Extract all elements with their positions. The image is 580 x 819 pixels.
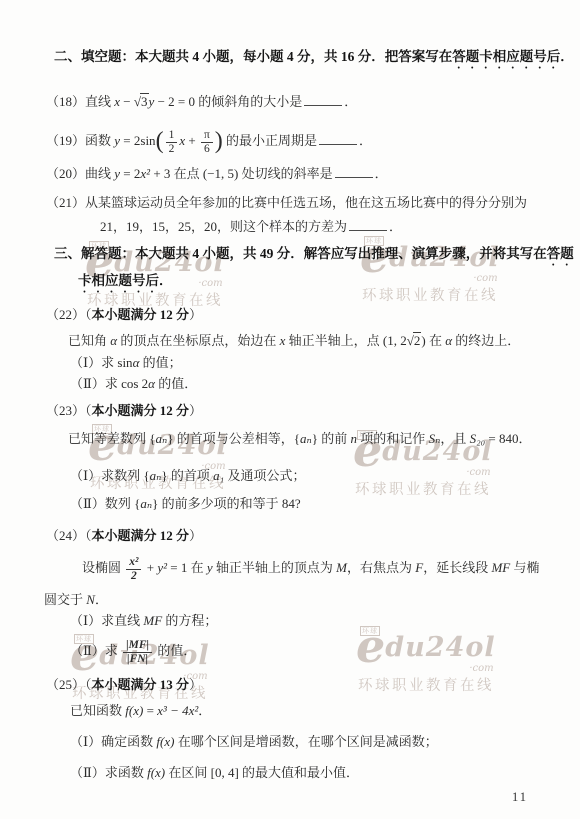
page-number: 11 xyxy=(512,790,528,805)
text-run: } 的首项 xyxy=(161,468,213,483)
text-run: （Ⅱ）求 cos 2 xyxy=(70,376,148,391)
radicand: 3 xyxy=(140,93,149,109)
text-run: ，右焦点为 xyxy=(347,560,415,575)
text-run: 的终边上． xyxy=(452,333,520,348)
text-run: （24）（ xyxy=(46,528,92,543)
text-run: ． xyxy=(389,219,402,234)
line-q23-ii: （Ⅱ）数列 {aₙ} 的前多少项的和等于 84? xyxy=(70,495,554,513)
line-q25-head: （25）（本小题满分 13 分） xyxy=(46,676,554,694)
text-run: ． xyxy=(198,703,211,718)
answer-blank xyxy=(304,93,342,106)
text-run: （21）从某篮球运动员全年参加的比赛中任选五场，他在这五场比赛中的得分分别为 xyxy=(46,195,527,210)
text-run: ． xyxy=(359,133,372,148)
text-run: ． xyxy=(560,49,574,64)
text-run: f(x) xyxy=(125,703,143,718)
line-sec3-1: 三、解答题：本大题共 4 小题，共 49 分．解答应写出推理、演算步骤，并将其写… xyxy=(54,245,554,269)
text-run: f(x) xyxy=(156,734,174,749)
text-run: 本小题满分 13 分 xyxy=(92,677,190,692)
text-run: x³ − 4x² xyxy=(157,703,198,718)
exam-page: 环球 edu24ol ·com 环球职业教育在线 环球 edu24ol ·com… xyxy=(0,0,580,819)
text-run: 在区间 [0, 4] 的最大值和最小值． xyxy=(165,765,359,780)
fraction-denominator: |FN| xyxy=(123,652,152,666)
text-run: （Ⅰ）求数列 { xyxy=(70,468,150,483)
text-run: 21，19，15，25，20，则这个样本的方差为 xyxy=(100,219,347,234)
text-run: 二、填空题：本大题共 4 小题，每小题 4 分，共 16 分．把答案写在 xyxy=(54,49,452,64)
text-run: ． xyxy=(159,273,173,288)
text-run: α xyxy=(148,376,155,391)
text-run: M xyxy=(336,560,347,575)
text-run: } 的前多少项的和等于 84? xyxy=(152,496,301,511)
answer-blank xyxy=(335,165,373,178)
line-q23-body: 已知等差数列 {aₙ} 的首项与公差相等，{aₙ} 的前 n 项的和记作 Sₙ，… xyxy=(68,430,554,448)
text-run: 卡相应题号后 xyxy=(78,273,159,288)
fraction-denominator: 6 xyxy=(201,142,213,156)
text-run: a₁ xyxy=(213,468,224,483)
text-run: 本小题满分 12 分 xyxy=(92,307,190,322)
text-run: 已知等差数列 { xyxy=(68,431,156,446)
text-run: ，延长线段 xyxy=(423,560,491,575)
fraction-numerator: 1 xyxy=(166,129,178,142)
text-run: ） xyxy=(189,528,202,543)
text-run: 已知角 xyxy=(68,333,110,348)
text-run: S₂₀ xyxy=(470,431,486,446)
fraction: π6 xyxy=(201,129,213,156)
line-q23-i: （Ⅰ）求数列 {aₙ} 的首项 a₁ 及通项公式； xyxy=(70,467,554,485)
text-run: 的值； xyxy=(139,355,181,370)
line-q21-1: （21）从某篮球运动员全年参加的比赛中任选五场，他在这五场比赛中的得分分别为 xyxy=(46,194,554,212)
line-q24-i: （Ⅰ）求直线 MF 的方程； xyxy=(70,612,554,630)
line-q23-head: （23）（本小题满分 12 分） xyxy=(46,402,554,420)
text-run: （23）（ xyxy=(46,403,92,418)
text-run: aₙ xyxy=(300,431,312,446)
fraction: |MF||FN| xyxy=(123,639,152,666)
text-run: 的方程； xyxy=(162,613,217,628)
text-run: MF xyxy=(143,613,162,628)
text-run: y² xyxy=(157,560,167,575)
fraction: 12 xyxy=(166,129,178,156)
text-run: x² xyxy=(140,166,150,181)
text-run: （Ⅰ）求 sin xyxy=(70,355,133,370)
line-q25-body: 已知函数 f(x) = x³ − 4x²． xyxy=(70,702,554,720)
text-run: 的值． xyxy=(154,643,196,658)
text-run: 已知函数 xyxy=(70,703,125,718)
text-run: f(x) xyxy=(147,765,165,780)
text-run: − xyxy=(120,94,134,109)
text-run: 轴正半轴上的顶点为 xyxy=(213,560,337,575)
text-run: ） xyxy=(189,307,202,322)
text-run: ） xyxy=(189,403,202,418)
text-run: N xyxy=(86,592,95,607)
text-run: MF xyxy=(491,560,510,575)
line-q22-head: （22）（本小题满分 12 分） xyxy=(46,306,554,324)
text-run: ) 在 xyxy=(421,333,445,348)
text-run: 答题卡相应题号后 xyxy=(452,49,560,64)
radical-sign: √ xyxy=(407,333,413,348)
fraction-denominator: 2 xyxy=(166,142,178,156)
text-run: （20）曲线 xyxy=(46,166,114,181)
line-q25-i: （Ⅰ）确定函数 f(x) 在哪个区间是增函数，在哪个区间是减函数； xyxy=(70,733,554,751)
text-run: aₙ xyxy=(156,431,168,446)
text-run: 与椭 xyxy=(510,560,539,575)
text-run: + 3 在点 (−1, 5) 处切线的斜率是 xyxy=(150,166,333,181)
line-q22-i: （Ⅰ）求 sinα 的值； xyxy=(70,354,554,372)
text-run: ． xyxy=(95,592,108,607)
text-run: （Ⅰ）确定函数 xyxy=(70,734,156,749)
line-q19: （19）函数 y = 2sin(12x + π6) 的最小正周期是． xyxy=(46,124,554,158)
text-run: （Ⅰ）求直线 xyxy=(70,613,143,628)
text-run: ． xyxy=(375,166,388,181)
text-run: 圆交于 xyxy=(44,592,86,607)
text-run: 答题 xyxy=(547,246,574,261)
document-body: 二、填空题：本大题共 4 小题，每小题 4 分，共 16 分．把答案写在答题卡相… xyxy=(0,0,580,782)
text-run: （Ⅱ）求 xyxy=(70,643,121,658)
line-q22-body: 已知角 α 的顶点在坐标原点，始边在 x 轴正半轴上，点 (1, 2√2) 在 … xyxy=(68,332,554,350)
text-run: 本小题满分 12 分 xyxy=(92,528,190,543)
line-q24-ii: （Ⅱ）求 |MF||FN| 的值． xyxy=(70,634,554,668)
text-run: （25）（ xyxy=(46,677,92,692)
fraction-numerator: π xyxy=(201,129,213,142)
text-run: 在哪个区间是增函数，在哪个区间是减函数； xyxy=(174,734,437,749)
line-q25-ii: （Ⅱ）求函数 f(x) 在区间 [0, 4] 的最大值和最小值． xyxy=(70,764,554,782)
text-run: （19）函数 xyxy=(46,133,114,148)
fraction-numerator: |MF| xyxy=(123,639,152,652)
text-run: （22）（ xyxy=(46,307,92,322)
text-run: aₙ xyxy=(140,496,152,511)
text-run: ，且 xyxy=(440,431,469,446)
text-run: （Ⅱ）求函数 xyxy=(70,765,147,780)
text-run: + xyxy=(185,133,199,148)
text-run: 的顶点在坐标原点，始边在 xyxy=(117,333,280,348)
line-sec3-2: 卡相应题号后． xyxy=(78,272,554,296)
line-q20: （20）曲线 y = 2x² + 3 在点 (−1, 5) 处切线的斜率是． xyxy=(46,165,554,183)
text-run: 三、解答题：本大题共 4 小题，共 49 分．解答应写出推理、演算步骤，并将其写… xyxy=(54,246,547,261)
text-run: （18）直线 xyxy=(46,94,114,109)
fraction-numerator: x² xyxy=(126,556,141,569)
text-run: （Ⅱ）数列 { xyxy=(70,496,140,511)
answer-blank xyxy=(349,218,387,231)
text-run: = 2sin xyxy=(120,133,156,148)
radical: √2 xyxy=(407,332,422,348)
line-q22-ii: （Ⅱ）求 cos 2α 的值． xyxy=(70,375,554,393)
line-q24-body-1: 设椭圆 x²2 + y² = 1 在 y 轴正半轴上的顶点为 M，右焦点为 F，… xyxy=(82,551,554,585)
text-run: Sₙ xyxy=(429,431,441,446)
line-q24-head: （24）（本小题满分 12 分） xyxy=(46,527,554,545)
text-run: = xyxy=(143,703,157,718)
text-run: 的值． xyxy=(155,376,197,391)
text-run: = 2 xyxy=(120,166,140,181)
text-run: 项的和记作 xyxy=(357,431,429,446)
text-run: = 840． xyxy=(485,431,531,446)
text-run: = 1 在 xyxy=(167,560,207,575)
text-run: 本小题满分 12 分 xyxy=(92,403,190,418)
text-run: F xyxy=(415,560,423,575)
text-run: aₙ xyxy=(150,468,162,483)
answer-blank xyxy=(319,132,357,145)
radical: √3 xyxy=(134,93,149,109)
text-run: 及通项公式； xyxy=(224,468,305,483)
fraction: x²2 xyxy=(126,556,141,583)
line-q18: （18）直线 x − √3y − 2 = 0 的倾斜角的大小是． xyxy=(46,93,554,111)
text-run: } 的前 xyxy=(312,431,351,446)
text-run: − 2 = 0 的倾斜角的大小是 xyxy=(154,94,302,109)
fraction-denominator: 2 xyxy=(126,569,141,583)
text-run: 轴正半轴上，点 (1, 2 xyxy=(285,333,406,348)
text-run: } 的首项与公差相等，{ xyxy=(167,431,300,446)
text-run: 设椭圆 xyxy=(82,560,124,575)
line-sec2-heading: 二、填空题：本大题共 4 小题，每小题 4 分，共 16 分．把答案写在答题卡相… xyxy=(54,48,554,72)
line-q21-2: 21，19，15，25，20，则这个样本的方差为． xyxy=(100,218,554,236)
text-run: ） xyxy=(189,677,202,692)
line-q24-body-2: 圆交于 N． xyxy=(44,591,554,609)
text-run: + xyxy=(143,560,157,575)
text-run: ． xyxy=(344,94,357,109)
text-run: 的最小正周期是 xyxy=(223,133,317,148)
